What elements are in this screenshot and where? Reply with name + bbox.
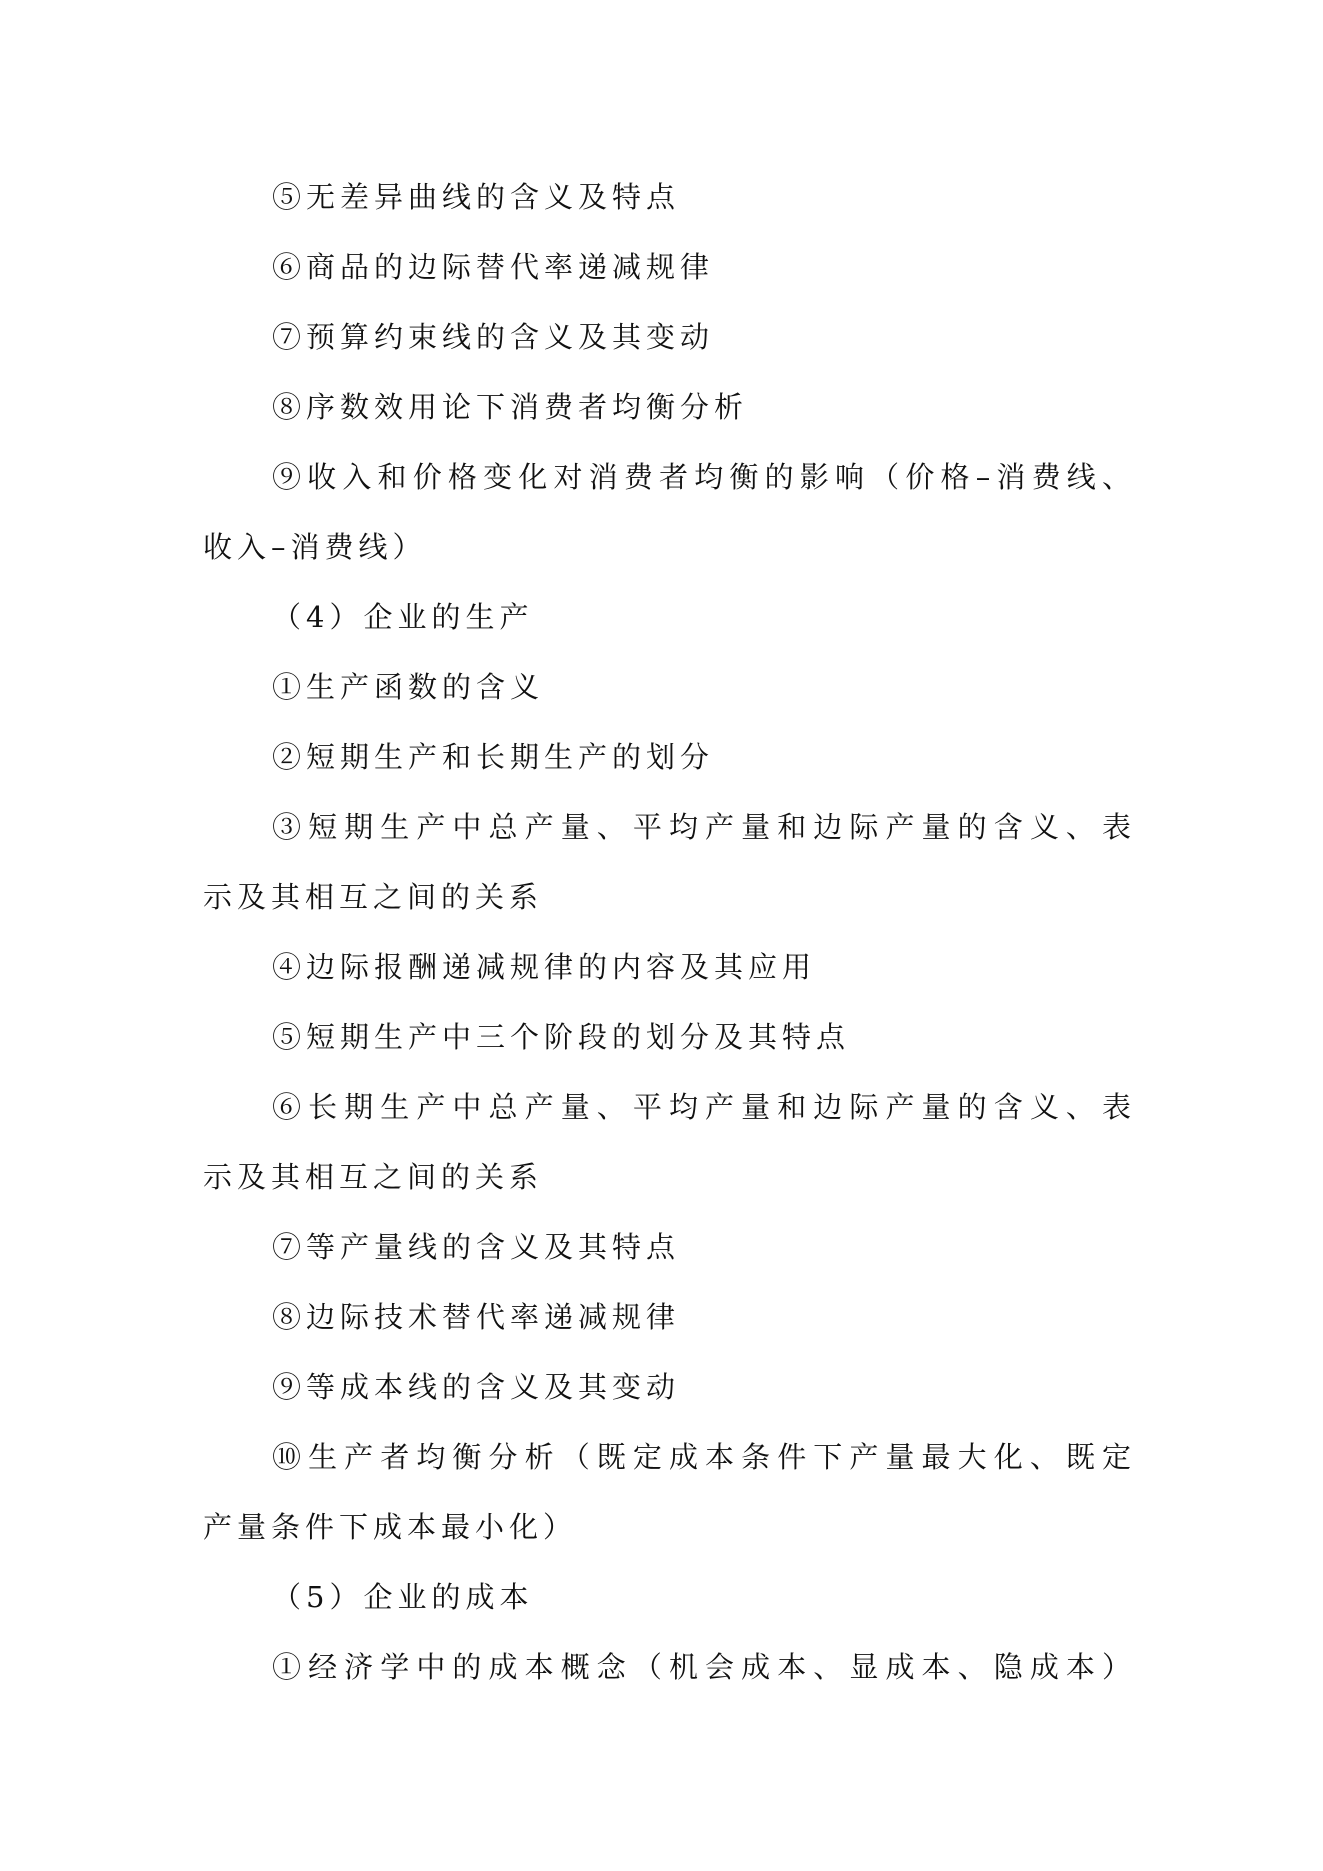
- list-item-short-run-products: ③短期生产中总产量、平均产量和边际产量的含义、表: [203, 792, 1131, 862]
- list-item-indifference-curve: ⑤无差异曲线的含义及特点: [203, 162, 1138, 232]
- list-item-producer-equilibrium-cont: 产量条件下成本最小化）: [203, 1492, 1138, 1562]
- list-item-mrts-law: ⑧边际技术替代率递减规律: [203, 1282, 1138, 1352]
- list-item-isoquant: ⑦等产量线的含义及其特点: [203, 1212, 1138, 1282]
- list-item-short-run-products-cont: 示及其相互之间的关系: [203, 862, 1138, 932]
- list-item-income-price-effect: ⑨收入和价格变化对消费者均衡的影响（价格–消费线、: [203, 442, 1131, 512]
- document-page: ⑤无差异曲线的含义及特点 ⑥商品的边际替代率递减规律 ⑦预算约束线的含义及其变动…: [0, 0, 1323, 1871]
- list-item-producer-equilibrium: ⑩生产者均衡分析（既定成本条件下产量最大化、既定: [203, 1422, 1131, 1492]
- list-item-diminishing-returns: ④边际报酬递减规律的内容及其应用: [203, 932, 1138, 1002]
- list-item-budget-line: ⑦预算约束线的含义及其变动: [203, 302, 1138, 372]
- list-item-cost-concepts: ①经济学中的成本概念（机会成本、显成本、隐成本）: [203, 1632, 1131, 1702]
- list-item-mrs-law: ⑥商品的边际替代率递减规律: [203, 232, 1138, 302]
- section-heading-production: （4）企业的生产: [203, 582, 1138, 652]
- list-item-production-function: ①生产函数的含义: [203, 652, 1138, 722]
- section-heading-cost: （5）企业的成本: [203, 1562, 1138, 1632]
- list-item-isocost: ⑨等成本线的含义及其变动: [203, 1352, 1138, 1422]
- list-item-long-run-products-cont: 示及其相互之间的关系: [203, 1142, 1138, 1212]
- document-body: ⑤无差异曲线的含义及特点 ⑥商品的边际替代率递减规律 ⑦预算约束线的含义及其变动…: [203, 162, 1138, 1702]
- list-item-three-stages: ⑤短期生产中三个阶段的划分及其特点: [203, 1002, 1138, 1072]
- list-item-ordinal-equilibrium: ⑧序数效用论下消费者均衡分析: [203, 372, 1138, 442]
- list-item-long-run-products: ⑥长期生产中总产量、平均产量和边际产量的含义、表: [203, 1072, 1131, 1142]
- list-item-income-price-effect-cont: 收入–消费线）: [203, 512, 1138, 582]
- list-item-short-long-run: ②短期生产和长期生产的划分: [203, 722, 1138, 792]
